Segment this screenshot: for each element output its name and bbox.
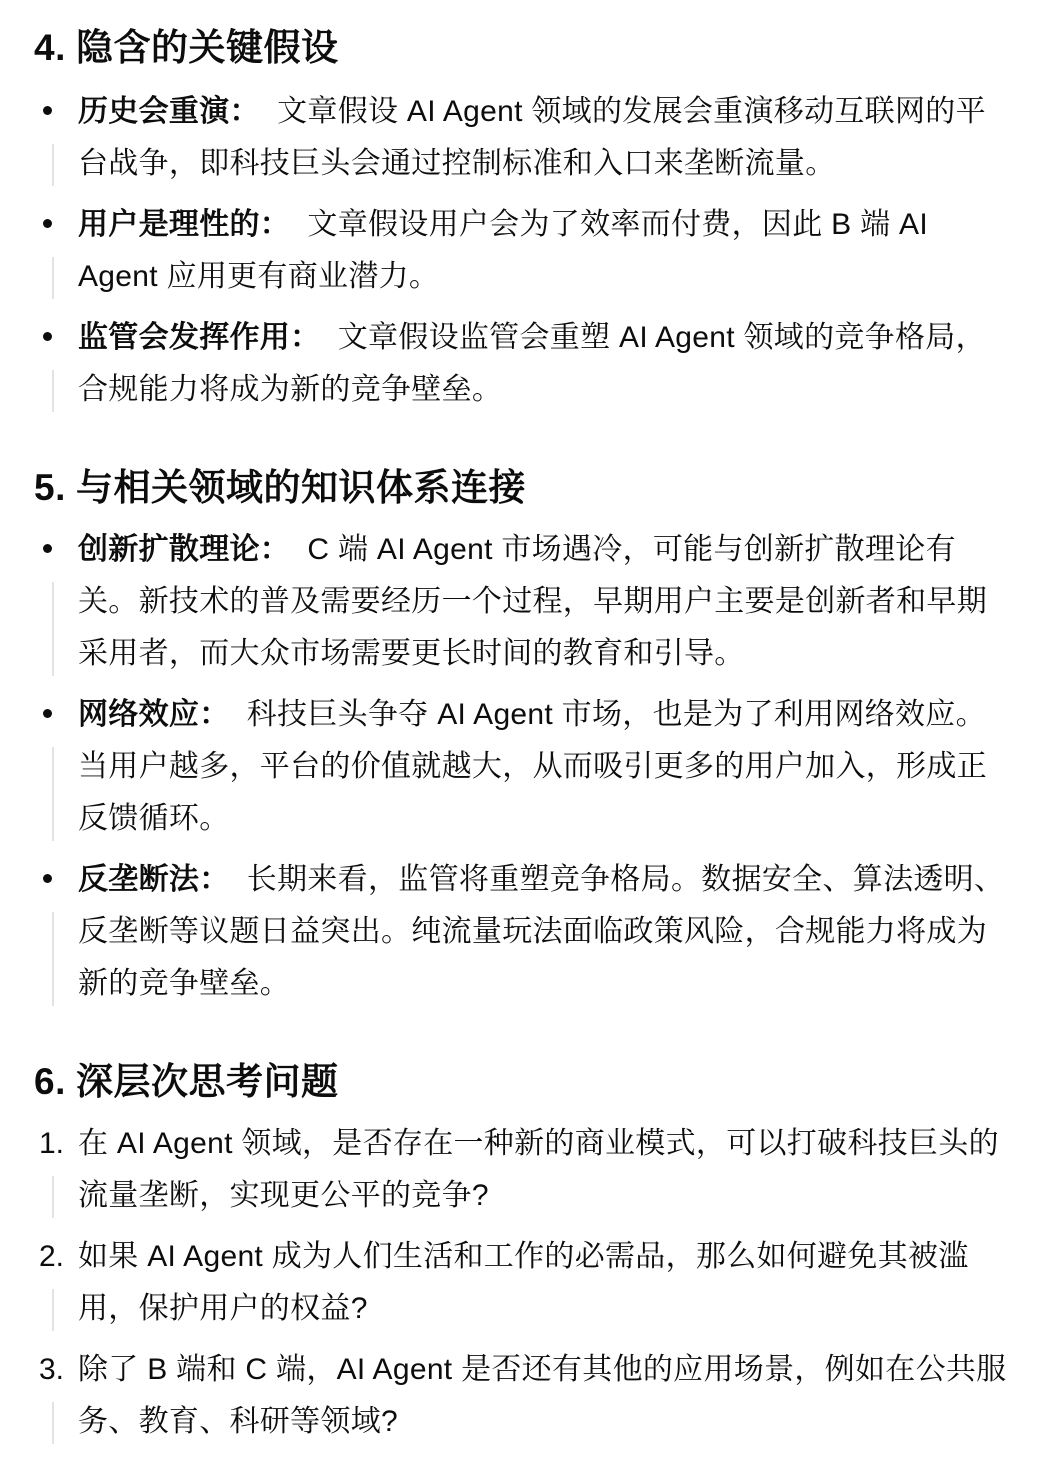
indent-guide [52,747,54,841]
indent-guide [52,144,54,186]
document-body: 4. 隐含的关键假设 历史会重演： 文章假设 AI Agent 领域的发展会重演… [0,0,1014,1448]
item-label: 创新扩散理论： [78,533,290,566]
item-text: 在 AI Agent 领域，是否存在一种新的商业模式，可以打破科技巨头的流量垄断… [78,1118,1014,1222]
bullet-list: 历史会重演： 文章假设 AI Agent 领域的发展会重演移动互联网的平台战争，… [34,86,1014,416]
section-deep-questions: 6. 深层次思考问题 1. 在 AI Agent 领域，是否存在一种新的商业模式… [34,1056,1014,1448]
bullet-icon [34,312,74,364]
indent-guide [52,1176,54,1218]
list-number: 1. [39,1118,79,1170]
list-item: 2. 如果 AI Agent 成为人们生活和工作的必需品，那么如何避免其被滥用，… [34,1231,1014,1335]
indent-guide [52,1289,54,1331]
item-label: 反垄断法： [78,863,230,896]
item-label: 历史会重演： [78,95,260,128]
indent-guide [52,912,54,1006]
bullet-icon [34,86,74,138]
list-number: 3. [39,1344,79,1396]
section-title: 隐含的关键假设 [76,22,339,74]
list-item: 网络效应： 科技巨头争夺 AI Agent 市场，也是为了利用网络效应。当用户越… [34,689,1014,845]
section-hidden-assumptions: 4. 隐含的关键假设 历史会重演： 文章假设 AI Agent 领域的发展会重演… [34,22,1014,416]
list-item: 用户是理性的： 文章假设用户会为了效率而付费，因此 B 端 AI Agent 应… [34,199,1014,303]
list-item: 1. 在 AI Agent 领域，是否存在一种新的商业模式，可以打破科技巨头的流… [34,1118,1014,1222]
list-item: 3. 除了 B 端和 C 端，AI Agent 是否还有其他的应用场景，例如在公… [34,1344,1014,1448]
section-title: 深层次思考问题 [76,1056,339,1108]
section-knowledge-connections: 5. 与相关领域的知识体系连接 创新扩散理论： C 端 AI Agent 市场遇… [34,462,1014,1010]
section-number: 6. [34,1056,76,1108]
item-label: 网络效应： [78,698,230,731]
section-title: 与相关领域的知识体系连接 [76,462,526,514]
bullet-icon [34,854,74,906]
numbered-list: 1. 在 AI Agent 领域，是否存在一种新的商业模式，可以打破科技巨头的流… [34,1118,1014,1448]
list-number: 2. [39,1231,79,1283]
indent-guide [52,1402,54,1444]
section-heading: 5. 与相关领域的知识体系连接 [34,462,1014,514]
list-item: 创新扩散理论： C 端 AI Agent 市场遇冷，可能与创新扩散理论有关。新技… [34,524,1014,680]
item-label: 用户是理性的： [78,208,290,241]
bullet-icon [34,524,74,576]
item-text: 除了 B 端和 C 端，AI Agent 是否还有其他的应用场景，例如在公共服务… [78,1344,1014,1448]
item-label: 监管会发挥作用： [78,321,320,354]
section-heading: 4. 隐含的关键假设 [34,22,1014,74]
list-item: 监管会发挥作用： 文章假设监管会重塑 AI Agent 领域的竞争格局，合规能力… [34,312,1014,416]
indent-guide [52,582,54,676]
section-number: 4. [34,22,76,74]
bullet-icon [34,199,74,251]
list-item: 反垄断法： 长期来看，监管将重塑竞争格局。数据安全、算法透明、反垄断等议题日益突… [34,854,1014,1010]
indent-guide [52,370,54,412]
section-heading: 6. 深层次思考问题 [34,1056,1014,1108]
bullet-list: 创新扩散理论： C 端 AI Agent 市场遇冷，可能与创新扩散理论有关。新技… [34,524,1014,1010]
indent-guide [52,257,54,299]
list-item: 历史会重演： 文章假设 AI Agent 领域的发展会重演移动互联网的平台战争，… [34,86,1014,190]
section-number: 5. [34,462,76,514]
item-text: 如果 AI Agent 成为人们生活和工作的必需品，那么如何避免其被滥用，保护用… [78,1231,1014,1335]
bullet-icon [34,689,74,741]
